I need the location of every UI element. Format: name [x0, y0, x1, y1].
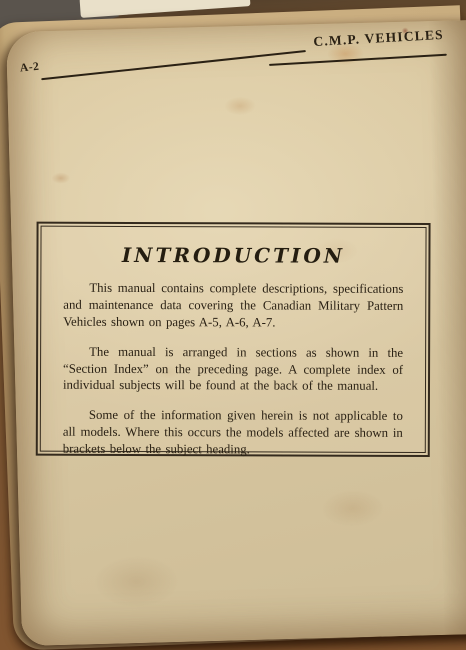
- running-head-title: C.M.P. VEHICLES: [313, 27, 444, 50]
- introduction-box-inner: INTRODUCTION This manual contains comple…: [40, 226, 427, 453]
- introduction-box: INTRODUCTION This manual contains comple…: [36, 222, 431, 457]
- scanned-manual-photo: C.M.P. VEHICLES A-2 INTRODUCTION This ma…: [0, 0, 466, 650]
- section-title: INTRODUCTION: [63, 243, 403, 268]
- page-number: A-2: [19, 61, 39, 75]
- intro-paragraph-1: This manual contains complete descriptio…: [63, 280, 403, 332]
- intro-paragraph-3: Some of the information given herein is …: [63, 407, 403, 459]
- intro-paragraph-2: The manual is arranged in sections as sh…: [63, 343, 403, 395]
- page-number-rule: [41, 50, 306, 80]
- running-head-rule: [269, 54, 447, 66]
- manual-page: C.M.P. VEHICLES A-2 INTRODUCTION This ma…: [6, 20, 466, 646]
